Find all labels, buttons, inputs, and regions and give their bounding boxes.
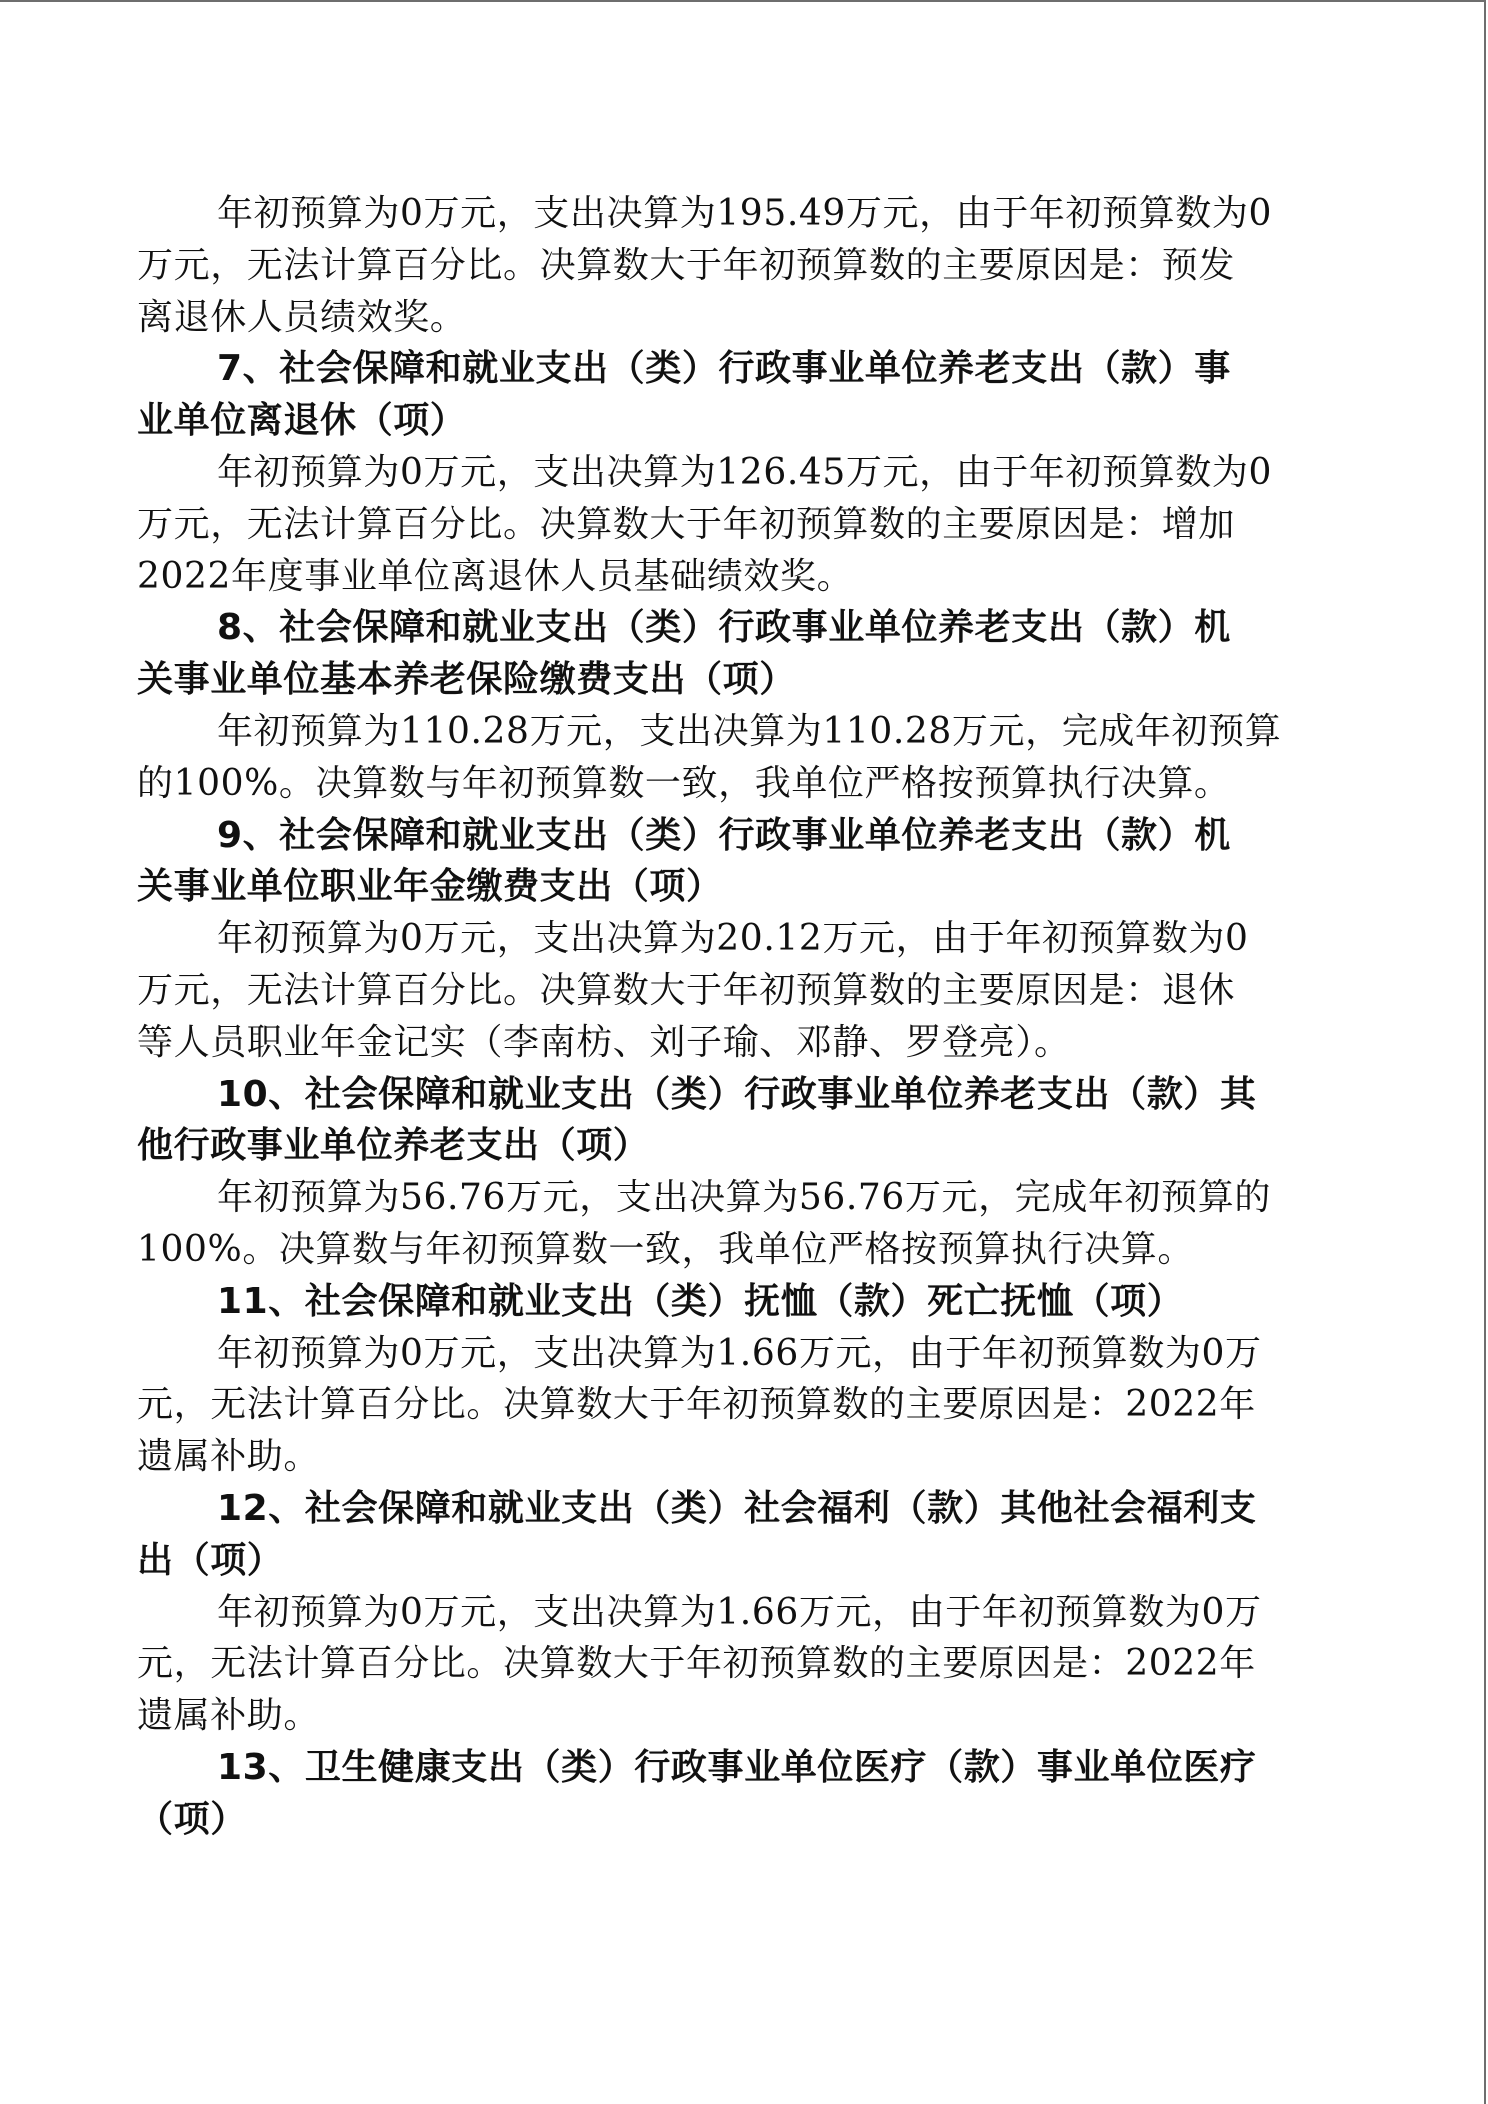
- text-line: 年初预算为0万元，支出决算为126.45万元，由于年初预算数为0: [137, 447, 1337, 499]
- text-line: 年初预算为0万元，支出决算为1.66万元，由于年初预算数为0万: [137, 1587, 1337, 1639]
- text-line: 遗属补助。: [137, 1690, 1337, 1742]
- text-line: 年初预算为0万元，支出决算为195.49万元，由于年初预算数为0: [137, 188, 1337, 240]
- text-line: 万元，无法计算百分比。决算数大于年初预算数的主要原因是：预发: [137, 240, 1337, 292]
- text-line: 年初预算为110.28万元，支出决算为110.28万元，完成年初预算: [137, 706, 1337, 758]
- paragraph-item8-detail: 年初预算为110.28万元，支出决算为110.28万元，完成年初预算 的100%…: [137, 706, 1337, 810]
- heading-line: （项）: [137, 1794, 1337, 1846]
- paragraph-item7-detail: 年初预算为0万元，支出决算为126.45万元，由于年初预算数为0 万元，无法计算…: [137, 447, 1337, 602]
- text-line: 年初预算为0万元，支出决算为20.12万元，由于年初预算数为0: [137, 913, 1337, 965]
- heading-item-13: 13、卫生健康支出（类）行政事业单位医疗（款）事业单位医疗 （项）: [137, 1742, 1337, 1846]
- document-body: 年初预算为0万元，支出决算为195.49万元，由于年初预算数为0 万元，无法计算…: [137, 188, 1337, 1846]
- text-line: 万元，无法计算百分比。决算数大于年初预算数的主要原因是：增加: [137, 499, 1337, 551]
- text-line: 离退休人员绩效奖。: [137, 292, 1337, 344]
- heading-line: 7、社会保障和就业支出（类）行政事业单位养老支出（款）事: [137, 343, 1337, 395]
- document-page: 年初预算为0万元，支出决算为195.49万元，由于年初预算数为0 万元，无法计算…: [0, 0, 1486, 2104]
- text-line: 遗属补助。: [137, 1431, 1337, 1483]
- paragraph-item10-detail: 年初预算为56.76万元，支出决算为56.76万元，完成年初预算的 100%。决…: [137, 1172, 1337, 1276]
- heading-line: 关事业单位职业年金缴费支出（项）: [137, 861, 1337, 913]
- paragraph-item11-detail: 年初预算为0万元，支出决算为1.66万元，由于年初预算数为0万 元，无法计算百分…: [137, 1328, 1337, 1483]
- heading-line: 11、社会保障和就业支出（类）抚恤（款）死亡抚恤（项）: [137, 1276, 1337, 1328]
- text-line: 元，无法计算百分比。决算数大于年初预算数的主要原因是：2022年: [137, 1638, 1337, 1690]
- paragraph-item12-detail: 年初预算为0万元，支出决算为1.66万元，由于年初预算数为0万 元，无法计算百分…: [137, 1587, 1337, 1742]
- paragraph-item6-detail: 年初预算为0万元，支出决算为195.49万元，由于年初预算数为0 万元，无法计算…: [137, 188, 1337, 343]
- heading-item-8: 8、社会保障和就业支出（类）行政事业单位养老支出（款）机 关事业单位基本养老保险…: [137, 602, 1337, 706]
- heading-item-12: 12、社会保障和就业支出（类）社会福利（款）其他社会福利支 出（项）: [137, 1483, 1337, 1587]
- text-line: 年初预算为0万元，支出决算为1.66万元，由于年初预算数为0万: [137, 1328, 1337, 1380]
- heading-line: 12、社会保障和就业支出（类）社会福利（款）其他社会福利支: [137, 1483, 1337, 1535]
- heading-line: 10、社会保障和就业支出（类）行政事业单位养老支出（款）其: [137, 1069, 1337, 1121]
- heading-item-7: 7、社会保障和就业支出（类）行政事业单位养老支出（款）事 业单位离退休（项）: [137, 343, 1337, 447]
- heading-line: 出（项）: [137, 1535, 1337, 1587]
- text-line: 年初预算为56.76万元，支出决算为56.76万元，完成年初预算的: [137, 1172, 1337, 1224]
- text-line: 100%。决算数与年初预算数一致，我单位严格按预算执行决算。: [137, 1224, 1337, 1276]
- text-line: 万元，无法计算百分比。决算数大于年初预算数的主要原因是：退休: [137, 965, 1337, 1017]
- text-line: 的100%。决算数与年初预算数一致，我单位严格按预算执行决算。: [137, 758, 1337, 810]
- text-line: 元，无法计算百分比。决算数大于年初预算数的主要原因是：2022年: [137, 1379, 1337, 1431]
- text-line: 2022年度事业单位离退休人员基础绩效奖。: [137, 551, 1337, 603]
- paragraph-item9-detail: 年初预算为0万元，支出决算为20.12万元，由于年初预算数为0 万元，无法计算百…: [137, 913, 1337, 1068]
- text-line: 等人员职业年金记实（李南枋、刘子瑜、邓静、罗登亮）。: [137, 1017, 1337, 1069]
- heading-line: 13、卫生健康支出（类）行政事业单位医疗（款）事业单位医疗: [137, 1742, 1337, 1794]
- heading-line: 关事业单位基本养老保险缴费支出（项）: [137, 654, 1337, 706]
- heading-line: 他行政事业单位养老支出（项）: [137, 1120, 1337, 1172]
- heading-line: 8、社会保障和就业支出（类）行政事业单位养老支出（款）机: [137, 602, 1337, 654]
- heading-item-10: 10、社会保障和就业支出（类）行政事业单位养老支出（款）其 他行政事业单位养老支…: [137, 1069, 1337, 1173]
- heading-item-11: 11、社会保障和就业支出（类）抚恤（款）死亡抚恤（项）: [137, 1276, 1337, 1328]
- heading-line: 9、社会保障和就业支出（类）行政事业单位养老支出（款）机: [137, 810, 1337, 862]
- heading-item-9: 9、社会保障和就业支出（类）行政事业单位养老支出（款）机 关事业单位职业年金缴费…: [137, 810, 1337, 914]
- heading-line: 业单位离退休（项）: [137, 395, 1337, 447]
